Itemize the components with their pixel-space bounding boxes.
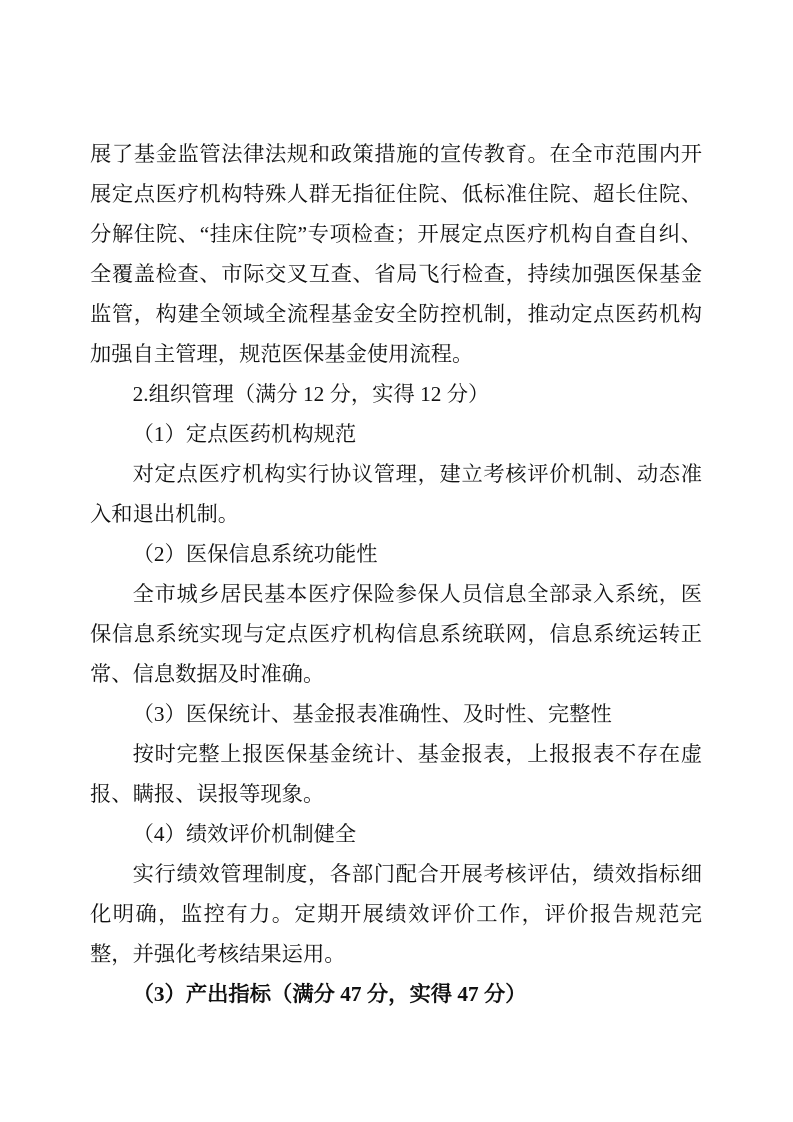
heading-output-indicators: （3）产出指标（满分 47 分，实得 47 分） xyxy=(90,974,702,1014)
subitem-heading-information-system: （2）医保信息系统功能性 xyxy=(90,534,702,574)
body-paragraph-fund-supervision: 展了基金监管法律法规和政策措施的宣传教育。在全市范围内开展定点医疗机构特殊人群无… xyxy=(90,134,702,374)
subitem-heading-designated-institutions: （1）定点医药机构规范 xyxy=(90,414,702,454)
body-paragraph-performance-management: 实行绩效管理制度，各部门配合开展考核评估，绩效指标细化明确，监控有力。定期开展绩… xyxy=(90,854,702,974)
heading-organization-management: 2.组织管理（满分 12 分，实得 12 分） xyxy=(90,374,702,414)
body-paragraph-agreement-management: 对定点医疗机构实行协议管理，建立考核评价机制、动态准入和退出机制。 xyxy=(90,454,702,534)
document-page: 展了基金监管法律法规和政策措施的宣传教育。在全市范围内开展定点医疗机构特殊人群无… xyxy=(0,0,793,1122)
subitem-heading-performance-evaluation: （4）绩效评价机制健全 xyxy=(90,814,702,854)
subitem-heading-statistics-reports: （3）医保统计、基金报表准确性、及时性、完整性 xyxy=(90,694,702,734)
body-paragraph-information-system: 全市城乡居民基本医疗保险参保人员信息全部录入系统，医保信息系统实现与定点医疗机构… xyxy=(90,574,702,694)
text-body: 展了基金监管法律法规和政策措施的宣传教育。在全市范围内开展定点医疗机构特殊人群无… xyxy=(90,134,702,1014)
body-paragraph-report-submission: 按时完整上报医保基金统计、基金报表，上报报表不存在虚报、瞒报、误报等现象。 xyxy=(90,734,702,814)
